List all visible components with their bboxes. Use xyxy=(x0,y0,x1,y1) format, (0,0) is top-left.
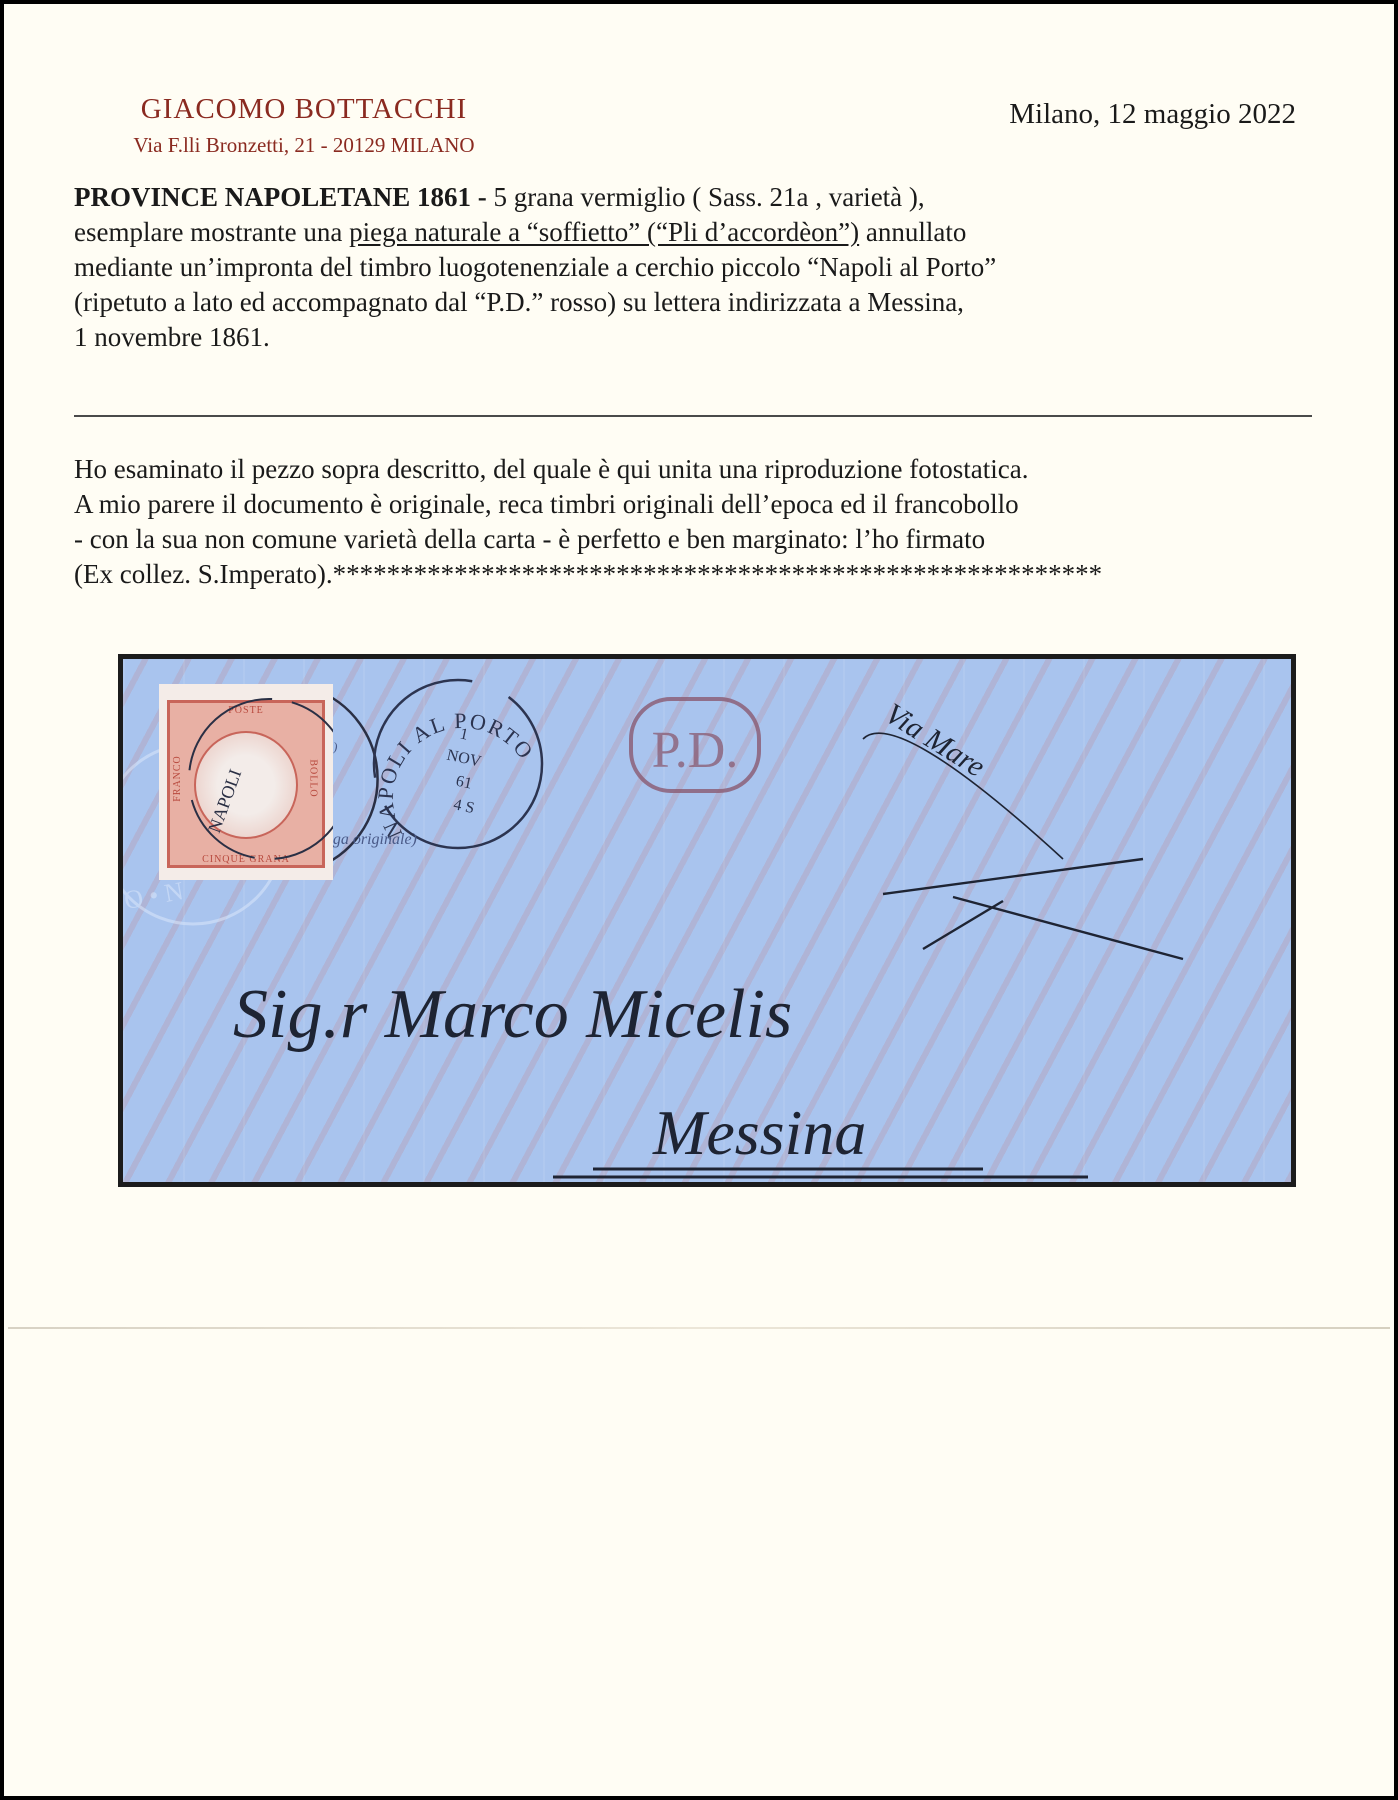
title-dash: - xyxy=(471,182,494,212)
svg-text:NAPOLI: NAPOLI xyxy=(204,767,245,836)
pd-red-mark-icon: P.D. xyxy=(631,699,759,791)
desc-line2-end: annullato xyxy=(859,217,966,247)
item-title: PROVINCE NAPOLETANE 1861 xyxy=(74,182,471,212)
attestation: Ho esaminato il pezzo sopra descritto, d… xyxy=(74,452,1314,592)
letterhead: GIACOMO BOTTACCHI Via F.lli Bronzetti, 2… xyxy=(74,92,534,160)
svg-text:Via Mare: Via Mare xyxy=(879,697,990,784)
cover-photo: O • N NAPOLI AL PORTO 1 NOV 61 4 S xyxy=(118,654,1296,1187)
attest-line1: Ho esaminato il pezzo sopra descritto, d… xyxy=(74,452,1314,487)
postage-stamp: POSTE FRANCO BOLLO CINQUE GRANA NAPOLI xyxy=(159,684,333,880)
attest-line4: (Ex collez. S.Imperato).****************… xyxy=(74,557,1314,592)
desc-variety-underlined: piega naturale a “soffietto” (“Pli d’acc… xyxy=(349,217,859,247)
attest-line2: A mio parere il documento è originale, r… xyxy=(74,487,1314,522)
place-date: Milano, 12 maggio 2022 xyxy=(1009,98,1296,131)
desc-line5: 1 novembre 1861. xyxy=(74,322,270,352)
pen-strokes-icon xyxy=(883,859,1183,959)
desc-line4: (ripetuto a lato ed accompagnato dal “P.… xyxy=(74,287,964,317)
napoli-al-porto-postmark-icon: NAPOLI AL PORTO 1 NOV 61 4 S xyxy=(373,680,542,848)
address-line2: Messina xyxy=(652,1097,866,1168)
page-fold-line xyxy=(8,1327,1390,1329)
routing-note: Via Mare xyxy=(863,697,1063,859)
desc-line3: mediante un’impronta del timbro luogoten… xyxy=(74,252,996,282)
desc-line1: 5 grana vermiglio ( Sass. 21a , varietà … xyxy=(494,182,925,212)
desc-line2-start: esemplare mostrante una xyxy=(74,217,349,247)
expert-name: GIACOMO BOTTACCHI xyxy=(74,92,534,126)
divider-rule xyxy=(74,415,1312,417)
certificate-page: GIACOMO BOTTACCHI Via F.lli Bronzetti, 2… xyxy=(4,4,1394,1796)
svg-text:P.D.: P.D. xyxy=(652,722,739,779)
item-description: PROVINCE NAPOLETANE 1861 - 5 grana vermi… xyxy=(74,180,1314,355)
attest-line3: - con la sua non comune varietà della ca… xyxy=(74,522,1314,557)
svg-text:61: 61 xyxy=(454,773,473,793)
address-line1: Sig.r Marco Micelis xyxy=(233,976,792,1053)
expert-address: Via F.lli Bronzetti, 21 - 20129 MILANO xyxy=(74,130,534,160)
stamp-cancel-icon: NAPOLI xyxy=(159,684,333,880)
svg-text:NOV: NOV xyxy=(445,747,483,771)
svg-text:O • N: O • N xyxy=(123,876,186,915)
svg-text:4 S: 4 S xyxy=(452,796,476,817)
svg-text:NAPOLI AL PORTO: NAPOLI AL PORTO xyxy=(373,708,539,843)
